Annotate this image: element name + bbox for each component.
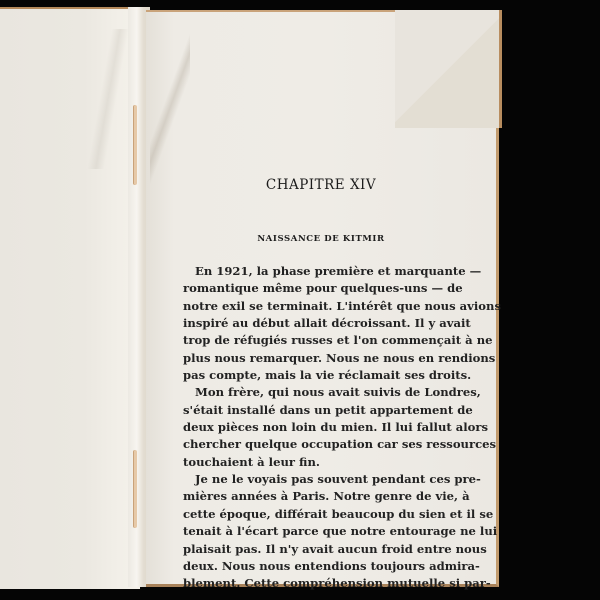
text-line: plus nous remarquer. Nous ne nous en ren… [183, 350, 436, 367]
text-line: notre exil se terminait. L'intérêt que n… [183, 298, 436, 315]
open-book: CHAPITRE XIV NAISSANCE DE KITMIR En 1921… [0, 0, 600, 600]
text-line: touchaient à leur fin. [183, 454, 436, 471]
text-line: Je ne le voyais pas souvent pendant ces … [183, 471, 436, 488]
binding-stitch [133, 450, 137, 528]
left-page [0, 7, 140, 589]
text-line: chercher quelque occupation car ses ress… [183, 436, 436, 453]
text-line: deux. Nous nous entendions toujours admi… [183, 558, 436, 575]
text-line: deux pièces non loin du mien. Il lui fal… [183, 419, 436, 436]
chapter-title: CHAPITRE XIV [146, 177, 496, 193]
text-line: romantique même pour quelques-uns — de [183, 280, 436, 297]
text-line: En 1921, la phase première et marquante … [183, 263, 436, 280]
body-text: En 1921, la phase première et marquante … [183, 263, 436, 593]
text-line: pas compte, mais la vie réclamait ses dr… [183, 367, 436, 384]
right-page-crease [150, 12, 190, 192]
text-line: tenait à l'écart parce que notre entoura… [183, 523, 436, 540]
text-line: trop de réfugiés russes et l'on commença… [183, 332, 436, 349]
text-line: inspiré au début allait décroissant. Il … [183, 315, 436, 332]
text-line: plaisait pas. Il n'y avait aucun froid e… [183, 541, 436, 558]
folded-corner [395, 10, 499, 130]
binding-stitch [133, 105, 137, 185]
text-line: mières années à Paris. Notre genre de vi… [183, 488, 436, 505]
text-line: blement. Cette compréhension mutuelle si… [183, 575, 436, 592]
section-title: NAISSANCE DE KITMIR [146, 234, 496, 244]
text-line: Mon frère, qui nous avait suivis de Lond… [183, 384, 436, 401]
text-line: s'était installé dans un petit apparteme… [183, 402, 436, 419]
text-line: cette époque, différait beaucoup du sien… [183, 506, 436, 523]
